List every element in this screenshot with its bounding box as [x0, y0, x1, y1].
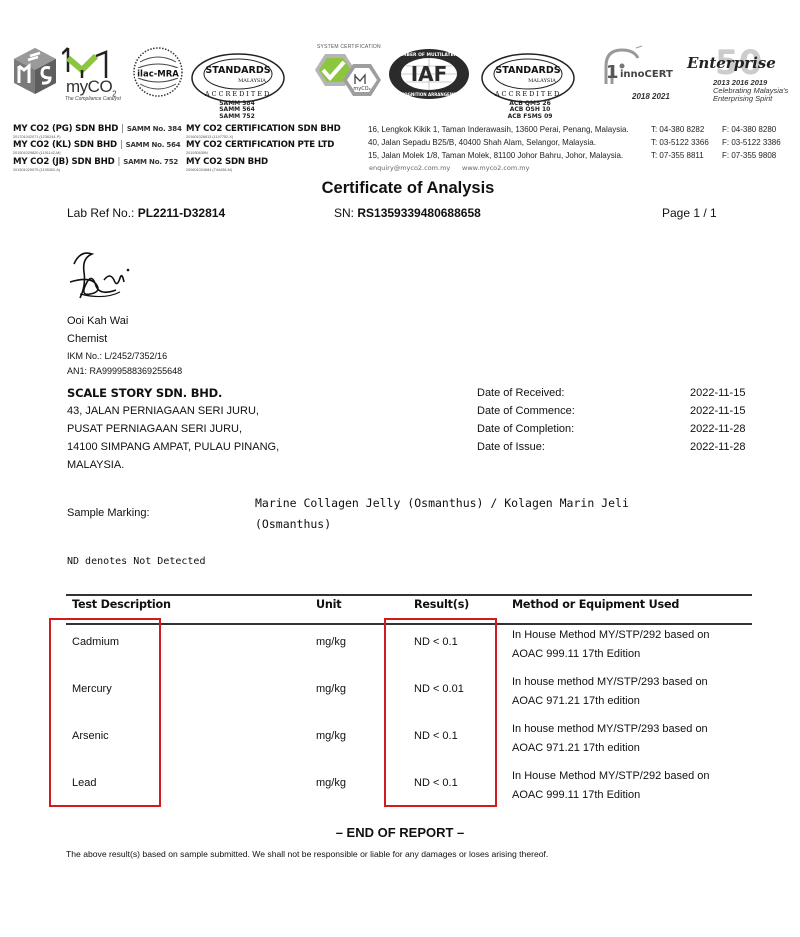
date-received-label: Date of Received: [477, 387, 564, 399]
svg-text:MEMBER OF MULTILATERAL: MEMBER OF MULTILATERAL [395, 52, 464, 58]
innocert-logo: 1 innoCERT 2018 2021 [596, 44, 678, 106]
address-selangor: 40, Jalan Sepadu B25/B, 40400 Shah Alam,… [368, 137, 596, 147]
cell-method: In House Method MY/STP/292 based onAOAC … [512, 626, 710, 664]
standards-malaysia-logo-2: STANDARDS MALAYSIA ACCREDITED [480, 52, 576, 104]
date-issue-label: Date of Issue: [477, 441, 545, 453]
svg-text:innoCERT: innoCERT [620, 69, 673, 80]
svg-text:ilac-MRA: ilac-MRA [137, 70, 179, 80]
address-johor: 15, Jalan Molek 1/8, Taman Molek, 81100 … [368, 150, 623, 160]
ms-cube-logo [12, 46, 58, 96]
company-kl-reg: 201501029820 (1151142-M) [13, 151, 61, 155]
company-jb: MY CO2 (JB) SDN BHD|SAMM No. 752 [13, 157, 178, 167]
company-pg-reg: 201701042071 (1236244-P) [13, 135, 61, 139]
customer-address-line: 43, JALAN PERNIAGAAN SERI JURU, [67, 405, 259, 417]
lab-ref: Lab Ref No.: PL2211-D32814 [67, 206, 225, 220]
highlight-box-test-names [49, 618, 161, 807]
myco2-logo: myCO2 The Compliance Catalyst [62, 44, 128, 104]
date-commence-label: Date of Commence: [477, 405, 575, 417]
company-jb-reg: 201501029079 (1155302-A) [13, 168, 60, 172]
highlight-box-results [384, 618, 497, 807]
cell-method: In House Method MY/STP/292 based onAOAC … [512, 767, 710, 805]
table-top-rule [66, 594, 752, 596]
iaf-logo: IAF MEMBER OF MULTILATERAL RECOGNITION A… [388, 48, 470, 100]
fax-penang: F: 04-380 8280 [722, 124, 776, 134]
cell-method: In house method MY/STP/293 based onAOAC … [512, 673, 708, 711]
myco2-tagline: The Compliance Catalyst [65, 96, 121, 102]
system-certification-logo: myCO₂ [305, 50, 385, 110]
fax-johor: F: 07-355 9808 [722, 150, 776, 160]
header-test-description: Test Description [72, 598, 171, 611]
company-pg: MY CO2 (PG) SDN BHD|SAMM No. 384 [13, 124, 182, 134]
sample-marking-value: Marine Collagen Jelly (Osmanthus) / Kola… [255, 493, 705, 535]
svg-text:MALAYSIA: MALAYSIA [528, 78, 556, 84]
customer-name: SCALE STORY SDN. BHD. [67, 386, 222, 400]
contact-website[interactable]: www.myco2.com.my [462, 164, 529, 172]
innocert-years: 2018 2021 [632, 92, 670, 101]
address-penang: 16, Lengkok Kikik 1, Taman Inderawasih, … [368, 124, 629, 134]
date-issue-value: 2022-11-28 [690, 441, 745, 453]
enterprise50-logo: 50 Enterprise 2013 2016 2019 Celebrating… [685, 44, 795, 106]
svg-text:STANDARDS: STANDARDS [495, 65, 560, 76]
enterprise-caption: 2013 2016 2019 Celebrating Malaysia's En… [713, 79, 788, 103]
tel-johor: T: 07-355 8811 [651, 150, 704, 160]
disclaimer: The above result(s) based on sample subm… [66, 849, 548, 859]
svg-text:STANDARDS: STANDARDS [205, 65, 270, 76]
header-results: Result(s) [414, 598, 469, 611]
svg-text:1: 1 [606, 62, 619, 83]
company-cert-pte-reg: 201930639N [186, 151, 208, 155]
svg-text:ACCREDITED: ACCREDITED [494, 90, 561, 98]
svg-text:ACCREDITED: ACCREDITED [204, 90, 271, 98]
ilac-mra-logo: ilac-MRA [132, 46, 184, 98]
signatory-ikm: IKM No.: L/2452/7352/16 [67, 351, 167, 361]
tel-penang: T: 04-380 8282 [651, 124, 704, 134]
header-method: Method or Equipment Used [512, 598, 679, 611]
nd-note: ND denotes Not Detected [67, 556, 205, 567]
document-title: Certificate of Analysis [0, 179, 800, 198]
samm-codes: SAMM 384 SAMM 564 SAMM 752 [212, 101, 262, 120]
svg-text:IAF: IAF [411, 62, 448, 86]
date-commence-value: 2022-11-15 [690, 405, 745, 417]
customer-address-line: MALAYSIA. [67, 459, 124, 471]
cell-unit: mg/kg [316, 683, 346, 695]
cell-unit: mg/kg [316, 636, 346, 648]
svg-text:MALAYSIA: MALAYSIA [238, 78, 266, 84]
svg-text:myCO₂: myCO₂ [353, 86, 370, 92]
tel-selangor: T: 03-5122 3366 [651, 137, 709, 147]
cell-method: In house method MY/STP/293 based onAOAC … [512, 720, 708, 758]
customer-address-line: 14100 SIMPANG AMPAT, PULAU PINANG, [67, 441, 279, 453]
sample-marking-label: Sample Marking: [67, 507, 150, 519]
end-of-report: – END OF REPORT – [0, 825, 800, 840]
acb-codes: ACB QMS 26 ACB OSH 10 ACB FSMS 09 [505, 101, 555, 120]
fax-selangor: F: 03-5122 3386 [722, 137, 781, 147]
signatory-name: Ooi Kah Wai [67, 315, 128, 327]
company-cert-sdn: MY CO2 CERTIFICATION SDN BHD [186, 124, 341, 134]
date-completion-label: Date of Completion: [477, 423, 574, 435]
page-indicator: Page 1 / 1 [662, 206, 717, 220]
contact-email[interactable]: enquiry@myco2.com.my [369, 164, 450, 172]
company-cert-sdn-reg: 201601026813 (1197752-X) [186, 135, 233, 139]
date-received-value: 2022-11-15 [690, 387, 745, 399]
serial-number: SN: RS1359339480688658 [334, 206, 481, 220]
signatory-role: Chemist [67, 333, 107, 345]
svg-text:RECOGNITION ARRANGEMENT: RECOGNITION ARRANGEMENT [395, 92, 462, 97]
header-unit: Unit [316, 598, 341, 611]
company-myco2-sdn-reg: 200601024684 (744438-M) [186, 168, 232, 172]
company-kl: MY CO2 (KL) SDN BHD|SAMM No. 564 [13, 140, 180, 150]
date-completion-value: 2022-11-28 [690, 423, 745, 435]
svg-text:Enterprise: Enterprise [686, 54, 776, 72]
customer-address-line: PUSAT PERNIAGAAN SERI JURU, [67, 423, 242, 435]
company-cert-pte: MY CO2 CERTIFICATION PTE LTD [186, 140, 334, 150]
cell-unit: mg/kg [316, 777, 346, 789]
company-myco2-sdn: MY CO2 SDN BHD [186, 157, 268, 167]
signature [62, 244, 142, 312]
signatory-an1: AN1: RA9999588369255648 [67, 366, 182, 376]
standards-malaysia-logo-1: STANDARDS MALAYSIA ACCREDITED [190, 52, 286, 104]
cell-unit: mg/kg [316, 730, 346, 742]
